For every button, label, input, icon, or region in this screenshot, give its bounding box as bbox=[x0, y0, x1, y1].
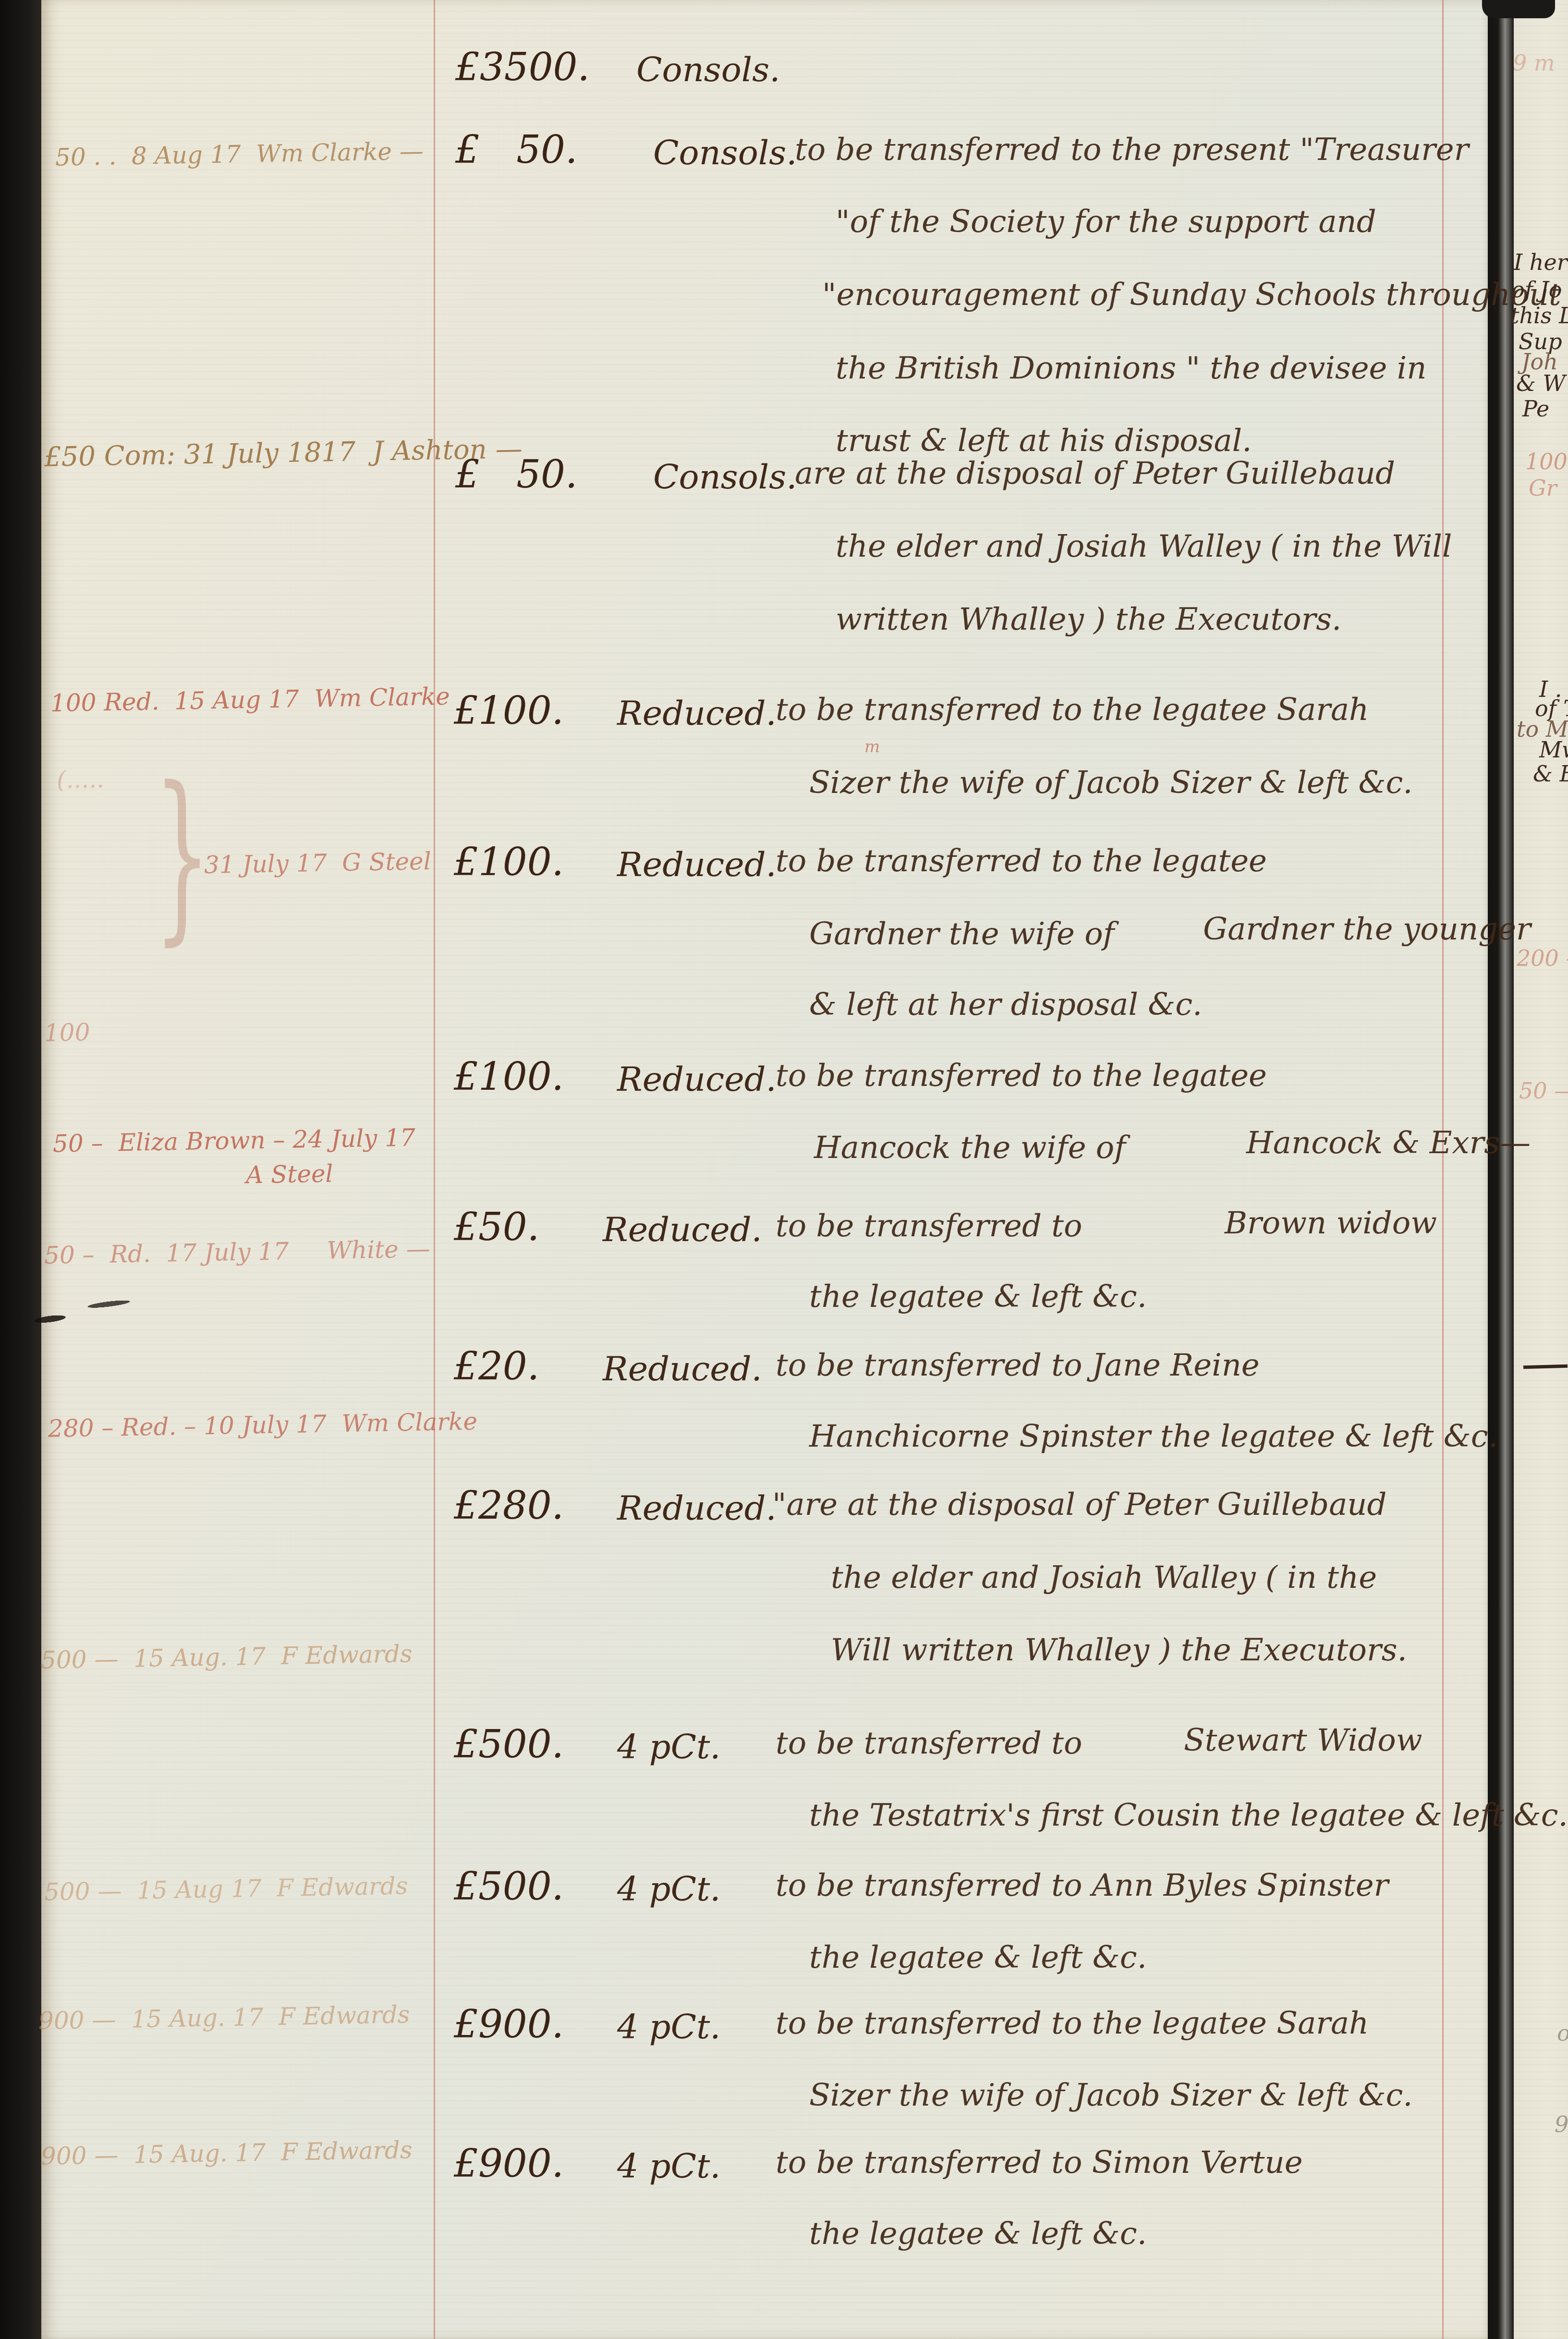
right-rule-line bbox=[1442, 0, 1444, 2339]
entry-fund: Reduced. bbox=[617, 1062, 777, 1096]
entry-fund: Consols. bbox=[653, 136, 797, 170]
facing-fragment: & B bbox=[1533, 763, 1568, 785]
entry-text: the elder and Josiah Walley ( in the Wil… bbox=[836, 531, 1452, 562]
stray-red-tick: m bbox=[864, 739, 880, 755]
entry-fund: Reduced. bbox=[603, 1352, 762, 1386]
entry-amount: £500. bbox=[454, 1867, 564, 1906]
facing-fragment: 9 bbox=[1555, 2113, 1568, 2135]
entry-fund: 4 pCt. bbox=[617, 1872, 721, 1906]
facing-fragment: Joh bbox=[1521, 351, 1558, 373]
facing-fragment: Pe bbox=[1522, 398, 1549, 420]
entry-text: Sizer the wife of Jacob Sizer & left &c. bbox=[809, 767, 1413, 798]
facing-fragment: 9 m bbox=[1513, 52, 1555, 74]
margin-note: 100 bbox=[44, 1020, 90, 1045]
margin-brace: } bbox=[154, 749, 211, 962]
entry-text: "of the Society for the support and bbox=[836, 207, 1376, 237]
facing-fragment: Mw bbox=[1539, 739, 1568, 761]
facing-fragment: of Jo bbox=[1511, 279, 1562, 301]
entry-text: the legatee & left &c. bbox=[809, 1942, 1147, 1973]
entry-fund: 4 pCt. bbox=[617, 1730, 721, 1764]
entry-fund: 4 pCt. bbox=[617, 2149, 721, 2183]
facing-fragment: I her bbox=[1514, 251, 1568, 273]
entry-amount: £20. bbox=[454, 1347, 539, 1386]
entry-text: to be transferred to bbox=[776, 1728, 1082, 1759]
entry-text: the Testatrix's first Cousin the legatee… bbox=[809, 1800, 1568, 1831]
entry-amount: £50. bbox=[454, 1208, 539, 1246]
entry-text: to be transferred to the legatee Sarah bbox=[776, 2008, 1369, 2039]
margin-note: 100 Red. 15 Aug 17 Wm Clarke bbox=[50, 684, 450, 716]
entry-text: to be transferred to Jane Reine bbox=[776, 1350, 1260, 1381]
margin-note: 500 — 15 Aug. 17 F Edwards bbox=[41, 1642, 413, 1672]
facing-fragment: o bbox=[1557, 2022, 1568, 2044]
entry-text: to be transferred to the legatee bbox=[776, 846, 1267, 877]
entry-text: to be transferred to bbox=[776, 1211, 1082, 1242]
margin-note: 50 – Eliza Brown – 24 July 17 bbox=[53, 1125, 416, 1156]
entry-text: Sizer the wife of Jacob Sizer & left &c. bbox=[809, 2080, 1413, 2111]
entry-text: the British Dominions " the devisee in bbox=[836, 353, 1427, 384]
facing-fragment: Gr bbox=[1529, 477, 1557, 499]
margin-note: 50 . . 8 Aug 17 Wm Clarke — bbox=[55, 139, 424, 169]
entry-amount: £280. bbox=[454, 1486, 564, 1525]
margin-note: (..... bbox=[57, 767, 105, 792]
entry-text: Gardner the wife of bbox=[809, 919, 1114, 950]
facing-fragment: 100 bbox=[1525, 451, 1568, 473]
entry-text: the legatee & left &c. bbox=[809, 2218, 1147, 2249]
margin-note: 900 — 15 Aug. 17 F Edwards bbox=[41, 2138, 413, 2168]
entry-fund: 4 pCt. bbox=[617, 2010, 721, 2044]
margin-note: 500 — 15 Aug 17 F Edwards bbox=[44, 1874, 408, 1904]
entry-amount: £500. bbox=[454, 1725, 564, 1764]
entry-text: Will written Whalley ) the Executors. bbox=[831, 1635, 1407, 1666]
entry-text: Brown widow bbox=[1225, 1208, 1437, 1239]
entry-text: Hancock & Exrs— bbox=[1246, 1128, 1531, 1158]
gutter-top-shadow bbox=[1482, 0, 1555, 18]
entry-fund: Reduced. bbox=[617, 1491, 777, 1525]
margin-note: 900 — 15 Aug. 17 F Edwards bbox=[38, 2002, 410, 2033]
margin-note: A Steel bbox=[246, 1161, 333, 1187]
margin-note: £50 Com: 31 July 1817 J Ashton — bbox=[44, 436, 523, 471]
entry-text: & left at her disposal &c. bbox=[809, 989, 1202, 1020]
margin-note: 280 – Red. – 10 July 17 Wm Clarke bbox=[48, 1409, 478, 1441]
page-gutter-fold bbox=[1487, 0, 1514, 2339]
entry-amount: £100. bbox=[454, 692, 564, 730]
entry-text: to be transferred to the legatee bbox=[776, 1060, 1267, 1091]
manuscript-page: £3500. Consols. £ 50. Consols. to be tra… bbox=[0, 0, 1568, 2339]
entry-text: trust & left at his disposal. bbox=[836, 426, 1252, 456]
entry-text: written Whalley ) the Executors. bbox=[836, 604, 1341, 635]
entry-fund: Consols. bbox=[636, 53, 780, 86]
entry-text: to be transferred to Simon Vertue bbox=[776, 2147, 1303, 2178]
margin-rule-line bbox=[434, 0, 435, 2339]
entry-fund: Consols. bbox=[653, 460, 797, 494]
entry-amount: £100. bbox=[454, 1058, 564, 1096]
entry-text: Stewart Widow bbox=[1184, 1725, 1422, 1756]
facing-fragment: & W bbox=[1516, 372, 1566, 394]
entry-text: the legatee & left &c. bbox=[809, 1281, 1147, 1312]
entry-fund: Reduced. bbox=[617, 696, 777, 730]
entry-text: to be transferred to Ann Byles Spinster bbox=[776, 1870, 1388, 1901]
margin-note: 31 July 17 G Steel bbox=[204, 849, 431, 877]
entry-text: the elder and Josiah Walley ( in the bbox=[831, 1562, 1377, 1593]
entry-text: Hanchicorne Spinster the legatee & left … bbox=[809, 1421, 1498, 1452]
entry-fund: Reduced. bbox=[617, 848, 777, 881]
entry-amount: £ 50. bbox=[455, 131, 577, 169]
entry-text: "are at the disposal of Peter Guillebaud bbox=[772, 1489, 1386, 1520]
entry-amount: £900. bbox=[454, 2005, 564, 2044]
entry-text: Gardner the younger bbox=[1203, 914, 1531, 945]
facing-fragment: 200 – bbox=[1517, 947, 1568, 969]
entry-text: Hancock the wife of bbox=[814, 1133, 1126, 1163]
entry-text: to be transferred to the present "Treasu… bbox=[795, 134, 1469, 165]
margin-note: 50 – Rd. 17 July 17 White — bbox=[44, 1237, 431, 1267]
entry-amount: £3500. bbox=[455, 48, 590, 86]
entry-text: are at the disposal of Peter Guillebaud bbox=[795, 458, 1395, 489]
entry-text: to be transferred to the legatee Sarah bbox=[776, 694, 1369, 725]
facing-fragment: this L bbox=[1510, 305, 1568, 327]
entry-fund: Reduced. bbox=[603, 1213, 762, 1246]
entry-amount: £100. bbox=[454, 843, 564, 881]
entry-amount: £900. bbox=[454, 2144, 564, 2183]
book-binding-edge bbox=[0, 0, 41, 2339]
facing-fragment: 50 — bbox=[1519, 1080, 1568, 1102]
entry-text: "encouragement of Sunday Schools through… bbox=[822, 280, 1561, 310]
